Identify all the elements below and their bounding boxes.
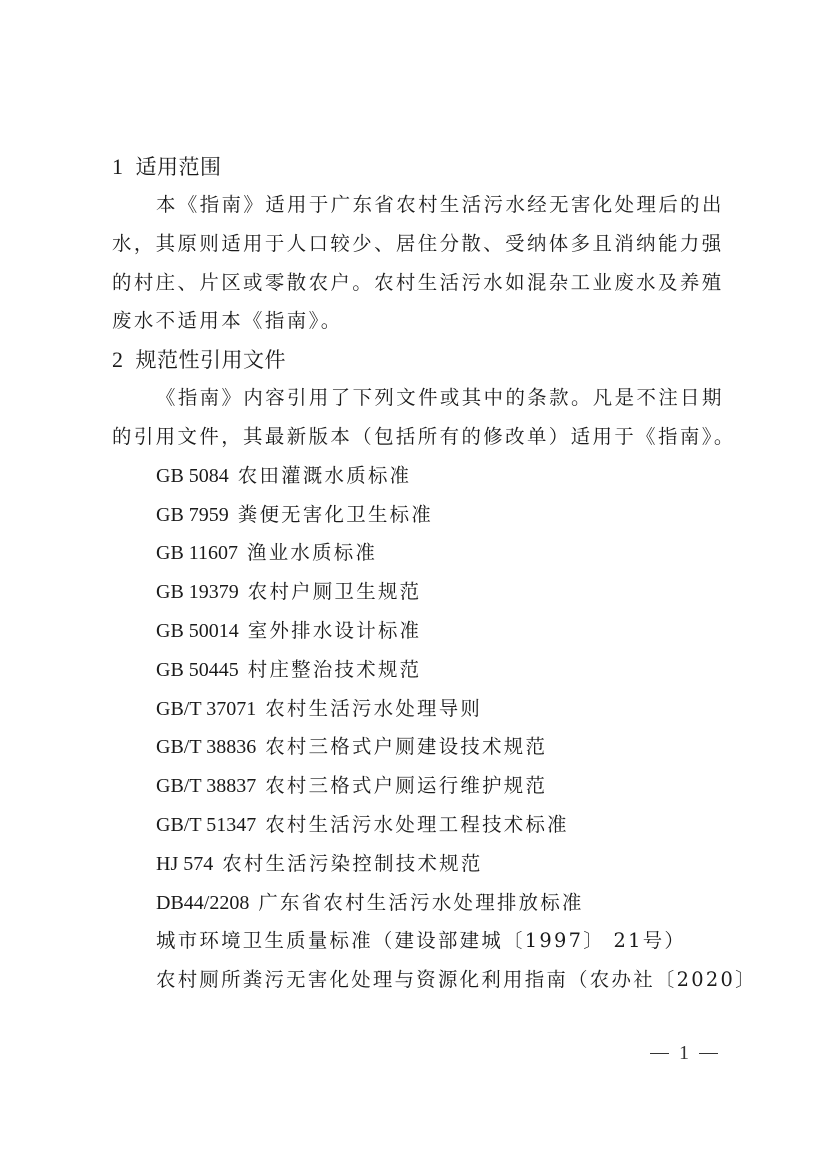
reference-code: GB 5084 [156,465,229,487]
footer-dash-right [699,1053,718,1054]
section-2-heading: 2规范性引用文件 [112,341,726,379]
reference-code: GB/T 37071 [156,698,256,720]
section-2-title: 规范性引用文件 [136,348,287,372]
paragraph-line: 《指南》内容引用了下列文件或其中的条款。凡是不注日期 [112,379,726,418]
paragraph-line: 本《指南》适用于广东省农村生活污水经无害化处理后的出 [112,186,726,225]
reference-code: GB/T 38837 [156,775,256,797]
reference-item: GB 11607渔业水质标准 [112,534,726,573]
reference-item: GB/T 37071农村生活污水处理导则 [112,690,726,729]
reference-item: GB 5084农田灌溉水质标准 [112,457,726,496]
reference-title: 村庄整治技术规范 [248,658,422,681]
reference-title: 粪便无害化卫生标准 [238,503,433,526]
reference-code: DB44/2208 [156,892,249,914]
paragraph-line: 的引用文件，其最新版本（包括所有的修改单）适用于《指南》。 [112,418,726,457]
reference-title: 农村生活污水处理工程技术标准 [265,813,569,836]
reference-item: GB/T 38836农村三格式户厕建设技术规范 [112,728,726,767]
reference-code: GB 19379 [156,581,239,603]
reference-title: 农村生活污水处理导则 [265,697,482,720]
reference-code: GB 7959 [156,504,229,526]
reference-code: GB 50445 [156,659,239,681]
reference-code: HJ 574 [156,853,213,875]
section-2-number: 2 [112,347,124,372]
document-page: 1适用范围 本《指南》适用于广东省农村生活污水经无害化处理后的出 水，其原则适用… [112,148,726,1000]
reference-item: GB 50014室外排水设计标准 [112,612,726,651]
page-footer: 1 [650,1042,718,1065]
section-1-heading: 1适用范围 [112,148,726,186]
reference-item: GB 50445村庄整治技术规范 [112,651,726,690]
paragraph-line: 水，其原则适用于人口较少、居住分散、受纳体多且消纳能力强 [112,225,726,264]
reference-item: GB 7959粪便无害化卫生标准 [112,496,726,535]
reference-code: GB 50014 [156,620,239,642]
reference-item: GB/T 51347农村生活污水处理工程技术标准 [112,806,726,845]
reference-item: GB/T 38837农村三格式户厕运行维护规范 [112,767,726,806]
reference-title: 农村三格式户厕建设技术规范 [265,735,547,758]
reference-title: 农村厕所粪污无害化处理与资源化利用指南（农办社〔2020〕 [156,968,757,991]
paragraph-line: 废水不适用本《指南》。 [112,302,726,341]
section-1-number: 1 [112,154,124,179]
reference-item: 农村厕所粪污无害化处理与资源化利用指南（农办社〔2020〕 [112,961,726,1000]
reference-item: DB44/2208广东省农村生活污水处理排放标准 [112,884,726,923]
reference-title: 农村三格式户厕运行维护规范 [265,774,547,797]
page-number: 1 [679,1042,689,1065]
reference-list: GB 5084农田灌溉水质标准 GB 7959粪便无害化卫生标准 GB 1160… [112,457,726,1000]
section-1-title: 适用范围 [136,155,222,179]
reference-item: 城市环境卫生质量标准（建设部建城〔1997〕 21号） [112,922,726,961]
section-2-paragraph: 《指南》内容引用了下列文件或其中的条款。凡是不注日期 的引用文件，其最新版本（包… [112,379,726,457]
reference-title: 室外排水设计标准 [248,619,422,642]
footer-dash-left [650,1053,669,1054]
reference-title: 城市环境卫生质量标准（建设部建城〔1997〕 21号） [156,929,686,952]
reference-title: 渔业水质标准 [247,541,377,564]
section-1-paragraph: 本《指南》适用于广东省农村生活污水经无害化处理后的出 水，其原则适用于人口较少、… [112,186,726,341]
reference-code: GB/T 38836 [156,736,256,758]
reference-code: GB/T 51347 [156,814,256,836]
reference-item: GB 19379农村户厕卫生规范 [112,573,726,612]
reference-title: 广东省农村生活污水处理排放标准 [258,891,583,914]
reference-title: 农村户厕卫生规范 [248,580,422,603]
paragraph-line: 的村庄、片区或零散农户。农村生活污水如混杂工业废水及养殖 [112,264,726,303]
reference-item: HJ 574农村生活污染控制技术规范 [112,845,726,884]
reference-title: 农田灌溉水质标准 [238,464,412,487]
reference-code: GB 11607 [156,542,238,564]
reference-title: 农村生活污染控制技术规范 [222,852,482,875]
